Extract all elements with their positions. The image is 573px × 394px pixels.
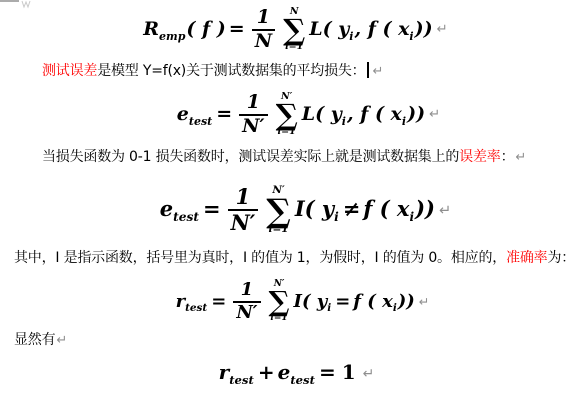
math-term: )) — [407, 103, 425, 125]
math-term: )) — [415, 196, 435, 221]
subscript: i — [402, 115, 406, 128]
fraction-denominator: N — [252, 31, 275, 53]
text-run: 其中，I 是指示函数，括号里为真时，I 的值为 1，为假时，I 的值为 0。相应… — [14, 250, 506, 266]
sigma-icon: ∑ — [269, 290, 290, 314]
paragraph-mark: ↵ — [439, 202, 451, 219]
paragraph-zero-one-loss[interactable]: 当损失函数为 0-1 损失函数时，测试误差实际上就是测试数据集上的误差率：↵ — [42, 148, 526, 167]
math-term: I( y — [294, 291, 328, 312]
math-term: L( y — [309, 18, 349, 40]
subscript: i — [409, 210, 414, 224]
subscript: test — [185, 302, 207, 314]
subscript: test — [173, 210, 199, 224]
summation-lower-limit: i=1 — [285, 42, 303, 52]
formula-test-error[interactable]: etest=1N′N′∑i=1L( yi, f ( xi))↵ — [22, 92, 573, 138]
text-run: 显然有 — [14, 332, 55, 348]
summation: N′∑i=1 — [269, 280, 290, 324]
operator: = — [316, 360, 339, 384]
math-term: e — [160, 196, 173, 221]
top-left-bar-artifact — [0, 0, 19, 2]
paragraph-mark: ↵ — [437, 22, 448, 37]
fraction-denominator: N′ — [239, 116, 267, 138]
fraction-numerator: 1 — [233, 185, 254, 209]
summation-lower-limit: i=1 — [269, 224, 289, 236]
sigma-icon: ∑ — [283, 17, 305, 42]
operator: ≠ — [340, 196, 364, 221]
paragraph-mark: ↵ — [429, 107, 440, 122]
operator: = — [226, 18, 248, 40]
math-term: , f ( x — [354, 18, 409, 40]
math-term: I( y — [295, 196, 334, 221]
subscript: i — [409, 30, 413, 43]
summation: N∑i=1 — [283, 7, 305, 53]
math-term: r — [176, 291, 185, 312]
fraction-numerator: 1 — [254, 7, 273, 29]
paragraph-test-error-definition[interactable]: 测试误差是模型 Y=f(x)关于测试数据集的平均损失：↵ — [42, 62, 383, 81]
summation-lower-limit: i=1 — [278, 127, 296, 137]
summation: N′∑i=1 — [276, 92, 298, 138]
math-term: R — [143, 18, 159, 40]
math-term: e — [177, 103, 189, 125]
text-run: 为： — [547, 250, 573, 266]
math-term: r — [219, 360, 230, 384]
fraction-denominator: N′ — [233, 303, 260, 324]
paragraph-obviously[interactable]: 显然有↵ — [14, 331, 67, 350]
operator: 1 — [339, 360, 359, 384]
text-cursor — [367, 62, 369, 78]
paragraph-mark: ↵ — [419, 294, 430, 309]
subscript: i — [327, 302, 331, 314]
paragraph-indicator-function[interactable]: 其中，I 是指示函数，括号里为真时，I 的值为 1，为假时，I 的值为 0。相应… — [14, 249, 573, 268]
text-run: 是模型 Y=f(x)关于测试数据集的平均损失： — [97, 63, 365, 79]
paragraph-mark: ↵ — [56, 333, 67, 348]
subscript: i — [349, 30, 353, 43]
math-term: ( f ) — [186, 18, 225, 40]
math-term: )) — [398, 291, 415, 312]
math-term: , f ( x — [347, 103, 402, 125]
subscript: emp — [159, 30, 185, 43]
highlighted-term: 误差率 — [459, 149, 500, 165]
sigma-icon: ∑ — [276, 102, 298, 127]
subscript: test — [189, 115, 212, 128]
document-page[interactable]: Remp( f )=1NN∑i=1L( yi, f ( xi))↵测试误差是模型… — [0, 0, 573, 394]
text-run: ： — [501, 149, 515, 165]
subscript: test — [229, 373, 254, 387]
operator: = — [200, 196, 224, 221]
fraction: 1N′ — [233, 280, 260, 323]
subscript: i — [393, 302, 397, 314]
fraction: 1N — [252, 7, 275, 53]
formula-sum-identity[interactable]: rtest+etest=1↵ — [10, 360, 573, 387]
formula-error-rate[interactable]: etest=1N′N′∑i=1I( yi≠f ( xi))↵ — [19, 185, 573, 236]
math-term: e — [278, 360, 291, 384]
paragraph-mark: ↵ — [363, 366, 375, 382]
math-term: )) — [415, 18, 433, 40]
fraction: 1N′ — [239, 92, 267, 138]
subscript: test — [290, 373, 315, 387]
summation: N′∑i=1 — [266, 185, 291, 236]
math-term: f ( x — [353, 291, 393, 312]
fraction-numerator: 1 — [238, 280, 257, 301]
fraction-numerator: 1 — [244, 92, 263, 114]
paragraph-mark: ↵ — [515, 150, 526, 165]
text-run: 当损失函数为 0-1 损失函数时，测试误差实际上就是测试数据集上的 — [42, 149, 459, 165]
operator: = — [213, 103, 235, 125]
math-term: f ( x — [363, 196, 409, 221]
fraction-denominator: N′ — [228, 211, 259, 235]
math-term: L( y — [302, 103, 342, 125]
operator: = — [208, 291, 229, 312]
subscript: i — [342, 115, 346, 128]
paragraph-mark: ↵ — [372, 64, 383, 79]
operator: + — [255, 360, 278, 384]
fraction: 1N′ — [228, 185, 259, 235]
formula-accuracy-rate[interactable]: rtest=1N′N′∑i=1I( yi=f ( xi))↵ — [16, 280, 573, 324]
highlighted-term: 准确率 — [506, 250, 547, 266]
highlighted-term: 测试误差 — [42, 63, 97, 79]
subscript: i — [334, 210, 339, 224]
operator: = — [332, 291, 353, 312]
sigma-icon: ∑ — [266, 197, 291, 225]
summation-lower-limit: i=1 — [270, 314, 287, 324]
formula-empirical-risk[interactable]: Remp( f )=1NN∑i=1L( yi, f ( xi))↵ — [9, 7, 573, 53]
